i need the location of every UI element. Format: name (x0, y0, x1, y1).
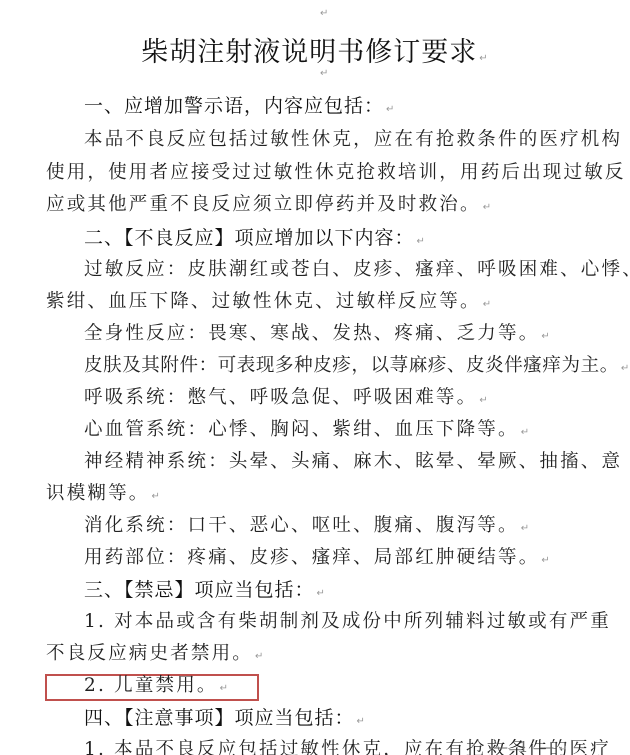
page-number: — 1 —↵ (493, 738, 570, 755)
text-line: 应或其他严重不良反应须立即停药并及时救治。↵ (46, 193, 493, 220)
text-line: 紫绀、血压下降、过敏性休克、过敏样反应等。↵ (46, 290, 493, 317)
section-heading-4: 四、【注意事项】项应当包括：↵ (84, 706, 366, 734)
text-line: 不良反应病史者禁用。↵ (46, 642, 266, 669)
section-heading-3: 三、【禁忌】项应当包括：↵ (84, 578, 326, 606)
text-line: 消化系统：口干、恶心、呕吐、腹痛、腹泻等。↵ (84, 514, 531, 541)
text-line: 本品不良反应包括过敏性休克，应在有抢救条件的医疗机构 (84, 128, 622, 152)
text-line: 神经精神系统：头晕、头痛、麻木、眩晕、晕厥、抽搐、意 (84, 450, 622, 474)
text-line: 呼吸系统：憋气、呼吸急促、呼吸困难等。↵ (84, 386, 490, 413)
text-line: 全身性反应：畏寒、寒战、发热、疼痛、乏力等。↵ (84, 322, 552, 349)
text-line: 使用，使用者应接受过过敏性休克抢救培训，用药后出现过敏反 (46, 161, 626, 185)
section-heading-2: 二、【不良反应】项应增加以下内容：↵ (84, 226, 426, 254)
text-line: 过敏反应：皮肤潮红或苍白、皮疹、瘙痒、呼吸困难、心悸、 (84, 258, 630, 282)
section-heading-1: 一、应增加警示语，内容应包括：↵ (84, 94, 395, 122)
document-title: 柴胡注射液说明书修订要求↵ (0, 30, 630, 69)
text-line: 1. 对本品或含有柴胡制剂及成份中所列辅料过敏或有严重 (84, 610, 611, 634)
highlighted-text-line: 2. 儿童禁用。↵ (84, 674, 230, 701)
text-line: 心血管系统：心悸、胸闷、紫绀、血压下降等。↵ (84, 418, 531, 445)
text-line: 识模糊等。↵ (46, 482, 162, 509)
paragraph-mark: ↵ (320, 8, 328, 19)
text-line: 用药部位：疼痛、皮疹、瘙痒、局部红肿硬结等。↵ (84, 546, 552, 573)
text-line: 皮肤及其附件：可表现多种皮疹，以荨麻疹、皮炎伴瘙痒为主。↵ (84, 354, 630, 381)
paragraph-mark: ↵ (320, 68, 328, 79)
